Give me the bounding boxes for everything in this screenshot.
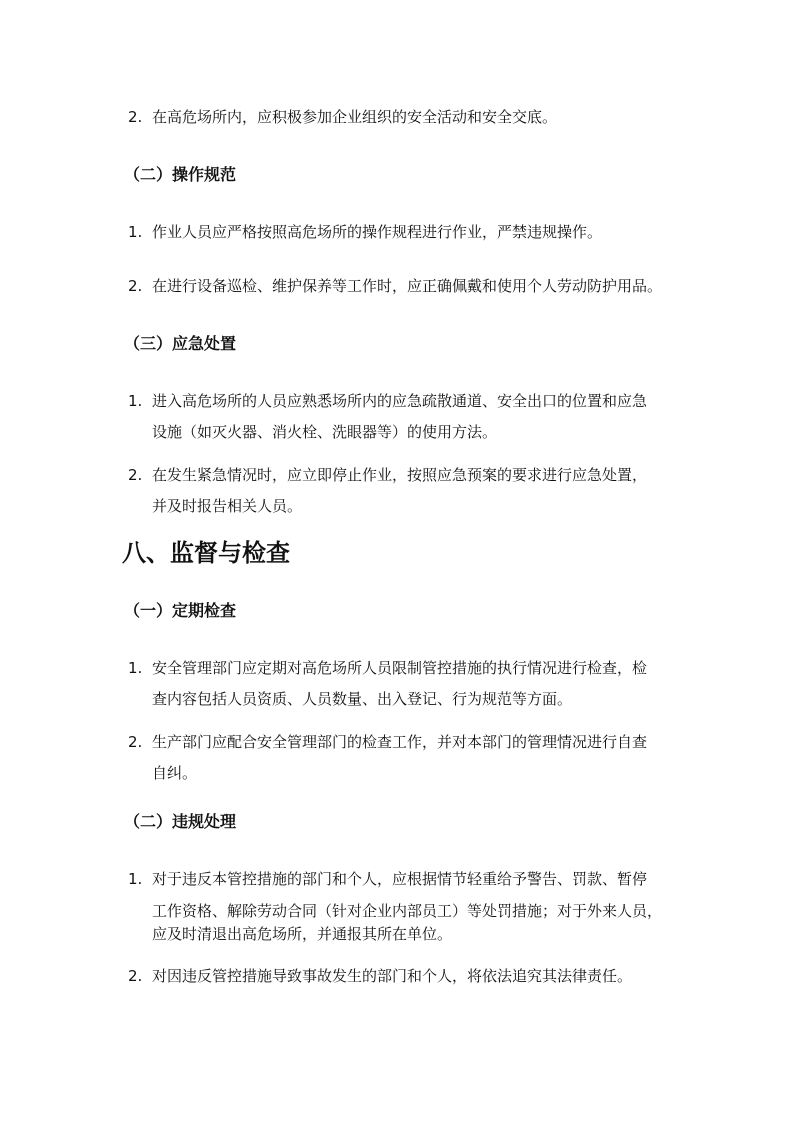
item-text: 在进行设备巡检、维护保养等工作时，应正确佩戴和使用个人劳动防护用品。 xyxy=(152,271,712,302)
item-text: 在高危场所内，应积极参加企业组织的安全活动和安全交底。 xyxy=(152,102,682,133)
section-heading: 八、监督与检查 xyxy=(122,537,290,569)
subsection-heading: （三）应急处置 xyxy=(124,332,236,356)
item-text-line: 应及时清退出高危场所，并通报其所在单位。 xyxy=(152,919,682,950)
item-number: 2. xyxy=(128,102,150,133)
item-number: 2. xyxy=(128,961,150,992)
item-number: 2. xyxy=(128,460,150,491)
item-text-line: 查内容包括人员资质、人员数量、出入登记、行为规范等方面。 xyxy=(152,684,682,715)
item-text-line: 并及时报告相关人员。 xyxy=(152,491,682,522)
item-text-line: 在发生紧急情况时，应立即停止作业，按照应急预案的要求进行应急处置， xyxy=(152,460,682,491)
item-text: 作业人员应严格按照高危场所的操作规程进行作业，严禁违规操作。 xyxy=(152,217,682,248)
item-number: 1. xyxy=(128,653,150,684)
subsection-heading: （一）定期检查 xyxy=(124,599,236,623)
subsection-heading: （二）违规处理 xyxy=(124,810,236,834)
subsection-heading: （二）操作规范 xyxy=(124,163,236,187)
item-text-line: 对于违反本管控措施的部门和个人，应根据情节轻重给予警告、罚款、暂停 xyxy=(152,864,682,895)
item-text-line: 设施（如灭火器、消火栓、洗眼器等）的使用方法。 xyxy=(152,417,682,448)
item-number: 2. xyxy=(128,727,150,758)
item-text-line: 生产部门应配合安全管理部门的检查工作，并对本部门的管理情况进行自查 xyxy=(152,727,682,758)
item-number: 1. xyxy=(128,864,150,895)
item-number: 1. xyxy=(128,217,150,248)
document-page: 2. 在高危场所内，应积极参加企业组织的安全活动和安全交底。 （二）操作规范 1… xyxy=(0,0,793,1122)
item-text-line: 安全管理部门应定期对高危场所人员限制管控措施的执行情况进行检查，检 xyxy=(152,653,682,684)
item-text-line: 自纠。 xyxy=(152,758,682,789)
item-text-line: 进入高危场所的人员应熟悉场所内的应急疏散通道、安全出口的位置和应急 xyxy=(152,386,682,417)
item-number: 2. xyxy=(128,271,150,302)
item-number: 1. xyxy=(128,386,150,417)
item-text: 对因违反管控措施导致事故发生的部门和个人，将依法追究其法律责任。 xyxy=(152,961,682,992)
